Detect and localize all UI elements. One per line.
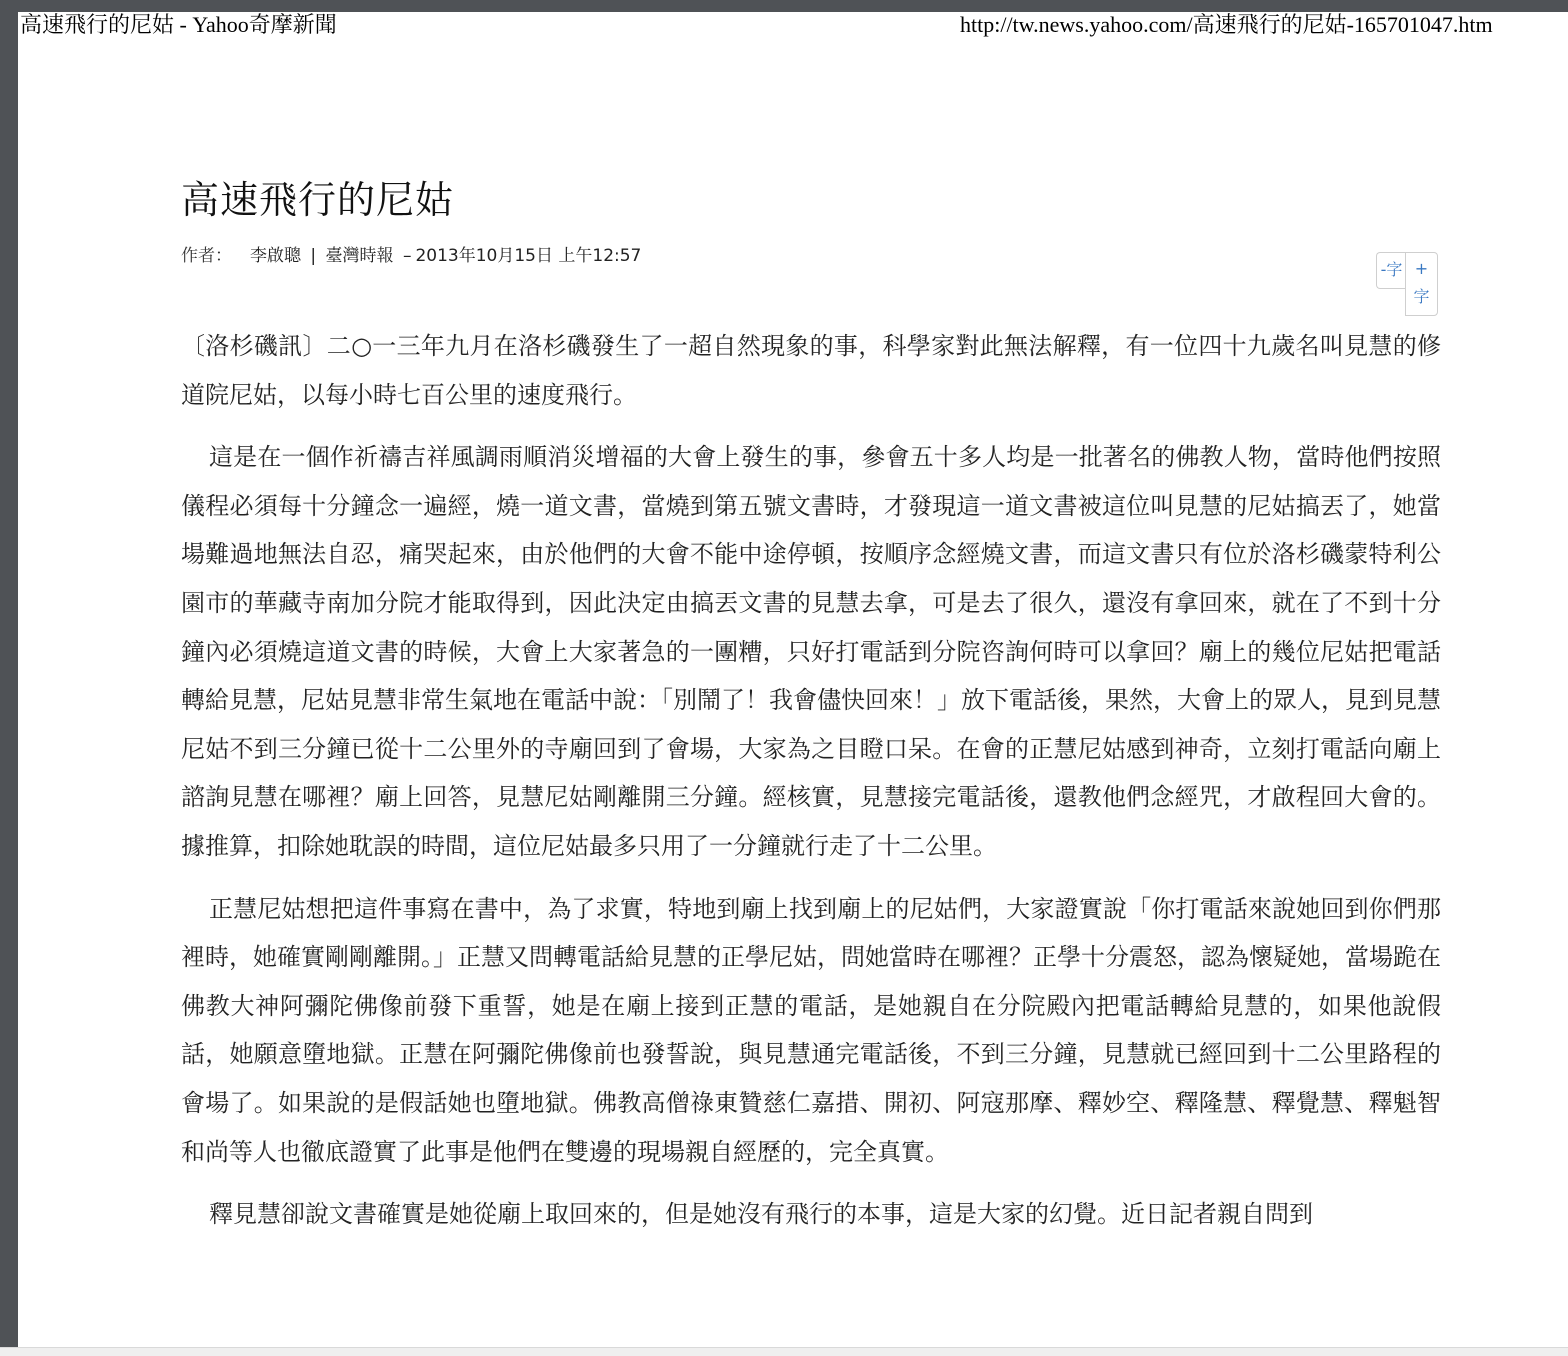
article-title: 高速飛行的尼姑 — [181, 172, 1441, 228]
article: 高速飛行的尼姑 作者：李啟聰 | 臺灣時報 –2013年10月15日 上午12:… — [181, 172, 1441, 1253]
print-header-title: 高速飛行的尼姑 - Yahoo奇摩新聞 — [20, 12, 337, 38]
printed-page: 高速飛行的尼姑 - Yahoo奇摩新聞 http://tw.news.yahoo… — [18, 12, 1568, 1347]
print-header: 高速飛行的尼姑 - Yahoo奇摩新聞 http://tw.news.yahoo… — [18, 12, 1568, 44]
publish-datetime: 2013年10月15日 上午12:57 — [415, 246, 641, 266]
article-body: 〔洛杉磯訊〕二○一三年九月在洛杉磯發生了一超自然現象的事，科學家對此無法解釋，有… — [181, 322, 1441, 1239]
byline-dash: – — [403, 246, 412, 266]
plus-icon: + — [1406, 255, 1437, 283]
increase-font-button[interactable]: + 字 — [1405, 252, 1438, 316]
document-viewer: 高速飛行的尼姑 - Yahoo奇摩新聞 http://tw.news.yahoo… — [0, 0, 1568, 1356]
viewer-bottom-bar — [0, 1347, 1568, 1356]
increase-font-label: 字 — [1406, 283, 1437, 311]
author-label: 作者： — [181, 246, 232, 266]
news-source: 臺灣時報 — [326, 246, 394, 266]
article-paragraph: 〔洛杉磯訊〕二○一三年九月在洛杉磯發生了一超自然現象的事，科學家對此無法解釋，有… — [181, 322, 1441, 419]
article-paragraph: 這是在一個作祈禱吉祥風調雨順消災增福的大會上發生的事，參會五十多人均是一批著名的… — [181, 433, 1441, 870]
byline: 作者：李啟聰 | 臺灣時報 –2013年10月15日 上午12:57 — [181, 242, 1441, 270]
decrease-font-button[interactable]: -字 — [1376, 252, 1406, 289]
article-paragraph: 正慧尼姑想把這件事寫在書中，為了求實，特地到廟上找到廟上的尼姑們，大家證實說「你… — [181, 885, 1441, 1177]
decrease-font-label: -字 — [1381, 260, 1403, 279]
print-header-url: http://tw.news.yahoo.com/高速飛行的尼姑-1657010… — [960, 12, 1493, 38]
byline-separator: | — [310, 246, 316, 266]
article-paragraph: 釋見慧卻說文書確實是她從廟上取回來的，但是她沒有飛行的本事，這是大家的幻覺。近日… — [181, 1190, 1441, 1239]
author-name: 李啟聰 — [250, 246, 301, 266]
font-size-tools: -字 + 字 — [1376, 252, 1438, 316]
